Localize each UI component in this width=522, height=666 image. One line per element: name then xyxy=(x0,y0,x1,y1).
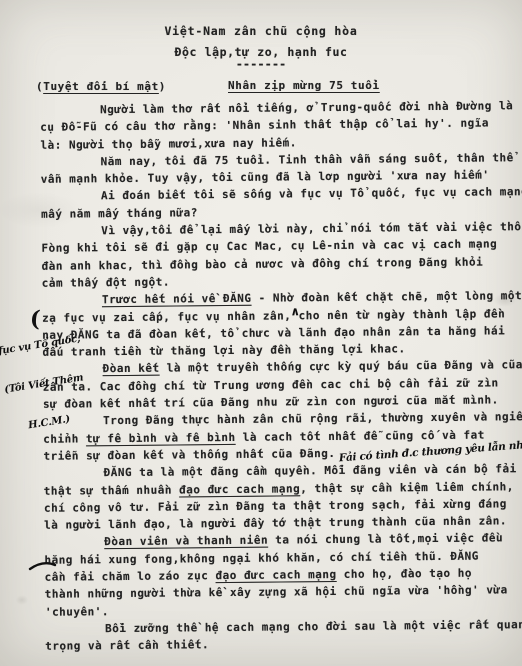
header-divider: ------- xyxy=(0,57,522,71)
text-segment: cần fải chăm lo záo zục xyxy=(45,569,216,584)
text-segment: , thật sự cần kiệm liêm chính, xyxy=(300,480,514,495)
text-segment: Người làm thơ rất nổi tiếng, ở Trung-quố… xyxy=(100,99,513,116)
text-segment: sự đòan kết nhất trí cũa Đãng nhu zữ zìn… xyxy=(43,393,499,410)
text-segment: là một truyền thống cực kỳ quý báu cũa Đ… xyxy=(159,359,522,375)
text-segment: là người lãnh đạo, là người đầy tớ thật … xyxy=(44,514,507,531)
national-header: Việt-Nam zân chũ cộng hòa xyxy=(0,24,522,38)
handwritten-brace: ( xyxy=(29,306,41,333)
underlined-phrase: đạo đưc cach mạng xyxy=(179,482,300,496)
text-segment: 'chuyên'. xyxy=(45,605,109,619)
text-segment: cảm thấy đột ngột. xyxy=(42,276,170,290)
text-segment: trọng và rất cần thiết. xyxy=(45,638,209,653)
underlined-phrase: Trươc hết nói về ĐĂNG xyxy=(102,292,252,306)
text-line: trọng và rất cần thiết. xyxy=(45,634,507,656)
secret-label: (Tuyệt đối bí mật) xyxy=(36,80,166,93)
secret-text: Tuyệt đối bí mật xyxy=(43,80,159,93)
margin-note-line: fục vụ Tổ quốc, xyxy=(0,332,84,358)
underlined-phrase: Đòan kết xyxy=(103,362,160,376)
underlined-phrase: Đòan viên và thanh niên xyxy=(104,534,268,549)
document-title: Nhân zịp mừng 75 tuổi xyxy=(228,79,380,92)
text-segment: đàn anh khac, thì đồng bào cả nươc và đồ… xyxy=(42,255,484,272)
text-segment: thành những người thừa kề xây zựng xã hộ… xyxy=(45,584,508,601)
text-segment: vẫn mạnh khỏe. Tuy vậy, tôi cũng đã là l… xyxy=(41,169,490,186)
secret-close-paren: ) xyxy=(159,80,166,93)
text-segment: Trong Đãng thực hành zân chũ rộng rãi, t… xyxy=(103,410,522,427)
text-segment: Fòng khi tôi sẽ đi gặp cụ Cac Mac, cụ Lê… xyxy=(41,238,497,255)
margin-note-line: H.C.M.) xyxy=(27,409,96,432)
text-segment: Bồi zưỡng thề hệ cach mạng cho đời sau l… xyxy=(105,618,522,635)
text-segment: nay,ĐĂNG ta đã đòan kết, tổ chưc và lãnh… xyxy=(42,324,505,341)
document-page: Việt-Nam zân chũ cộng hòa Độc lập,tự zo,… xyxy=(0,0,522,666)
text-segment: cho nên từ ngày thành lập đền xyxy=(299,307,506,322)
text-segment: Vì vậy,tôi để lại mấy lời này, chỉ nói t… xyxy=(101,220,522,237)
text-segment: ĐĂNG ta là một đãng cầm quyền. Mỗi đãng … xyxy=(104,462,517,479)
text-segment: cho họ, đào tạo họ xyxy=(337,567,472,581)
text-segment: đấu tranh tiền từ thăng lợi này đền thăn… xyxy=(42,342,405,358)
text-segment: Năm nay, tôi đã 75 tuổi. Tinh thần vẫn s… xyxy=(101,151,514,168)
body-text: Người làm thơ rất nổi tiếng, ở Trung-quố… xyxy=(40,97,507,655)
handwritten-tick-icon xyxy=(28,559,58,573)
text-segment: mấy năm mấy tháng nữa? xyxy=(41,206,198,221)
insertion-caret-icon: ∧ xyxy=(290,303,300,320)
text-segment: là: Người thọ bẫy mươi,xưa nay hiếm. xyxy=(40,136,297,151)
margin-note-line: (Tôi Viết Thêm xyxy=(4,370,91,396)
text-segment: hăng hái xung fong,không ngại khó khăn, … xyxy=(44,549,479,566)
text-segment: zân ta. Cac đồng chí từ Trung ương đền c… xyxy=(43,376,499,393)
text-segment: là cach tốt nhất đễ cũng cố và fat xyxy=(236,428,485,443)
text-segment: chí công vô tư. Fải zữ zìn Đãng ta thật … xyxy=(44,497,507,514)
text-segment: Ai đoán biết tôi sẽ sống và fục vụ Tổ qu… xyxy=(101,186,522,203)
underlined-phrase: đạo đưc cach mạng xyxy=(215,568,336,582)
text-segment: ta nói chung là tốt,mọi việc đều xyxy=(268,532,503,547)
text-segment: thật sự thấm nhuần xyxy=(44,483,179,497)
underlined-phrase: tự fê bình và fê bình xyxy=(86,431,236,445)
text-segment: cụ Đỗ-Fũ có câu thơ rằng: 'Nhân sinh thấ… xyxy=(40,117,489,134)
